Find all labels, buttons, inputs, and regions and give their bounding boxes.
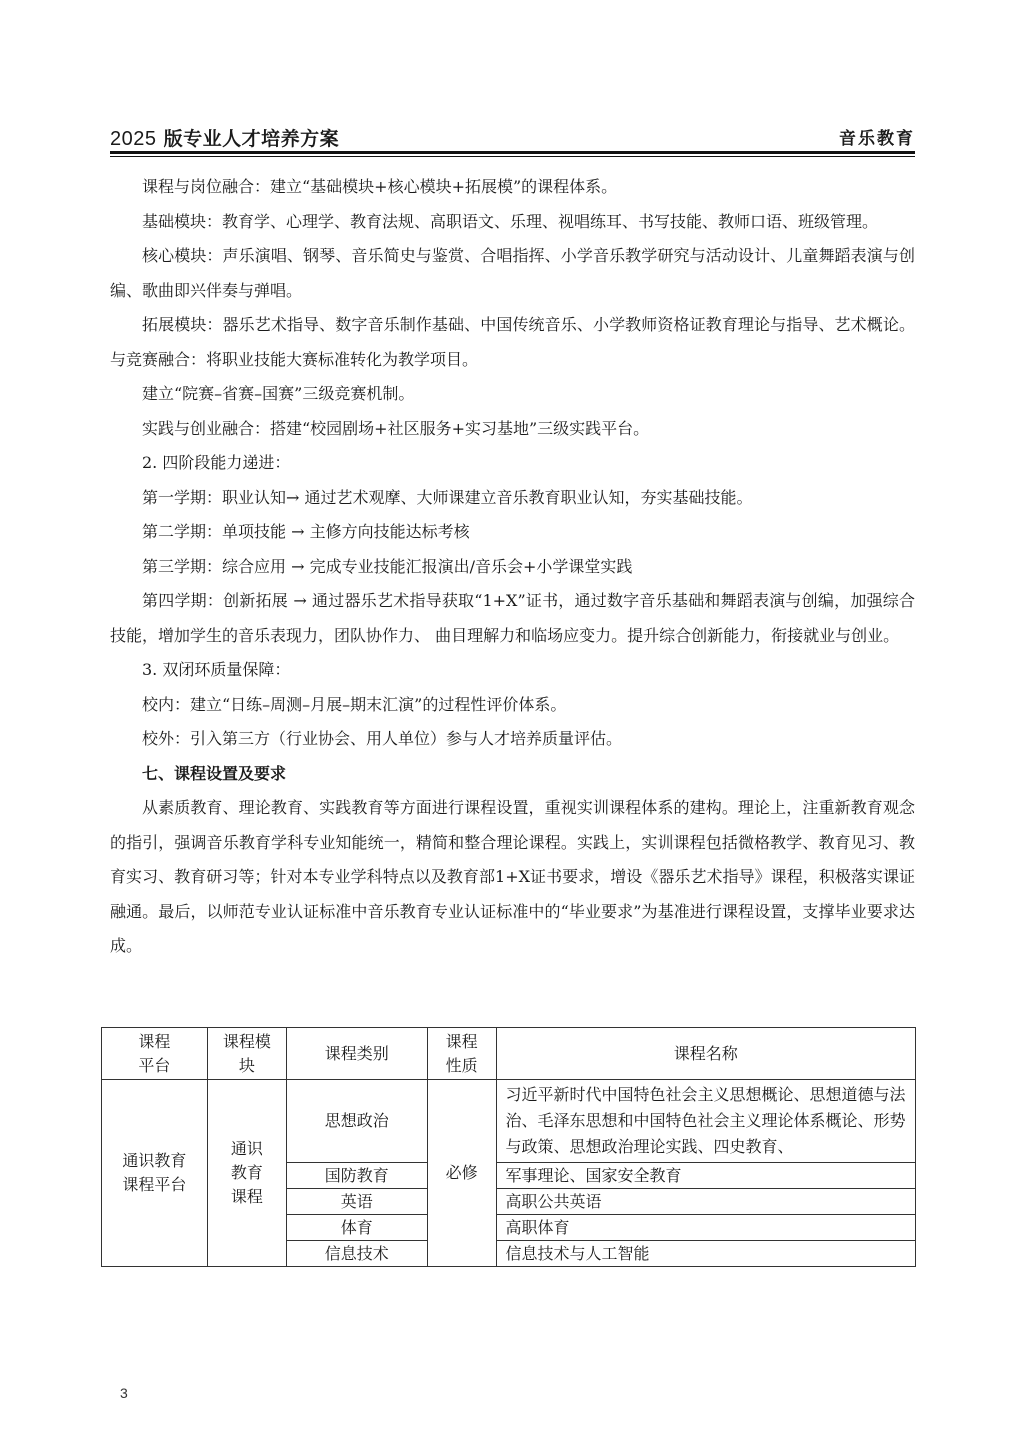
paragraph: 基础模块：教育学、心理学、教育法规、高职语文、乐理、视唱练耳、书写技能、教师口语… bbox=[110, 205, 915, 240]
cell-course-names: 习近平新时代中国特色社会主义思想概论、思想道德与法治、毛泽东思想和中国特色社会主… bbox=[496, 1080, 915, 1163]
paragraph: 第三学期：综合应用 → 完成专业技能汇报演出/音乐会+小学课堂实践 bbox=[110, 550, 915, 585]
body-text: 课程与岗位融合：建立“基础模块+核心模块+拓展模”的课程体系。 基础模块：教育学… bbox=[110, 170, 915, 964]
table-header-row: 课程平台 课程模块 课程类别 课程性质 课程名称 bbox=[102, 1028, 916, 1080]
document-page: 2025 版专业人才培养方案 音乐教育 课程与岗位融合：建立“基础模块+核心模块… bbox=[0, 0, 1024, 1448]
page-number: 3 bbox=[120, 1385, 128, 1401]
paragraph: 第一学期：职业认知→ 通过艺术观摩、大师课建立音乐教育职业认知，夯实基础技能。 bbox=[110, 481, 915, 516]
cell-course-names: 高职体育 bbox=[496, 1215, 915, 1241]
paragraph: 课程与岗位融合：建立“基础模块+核心模块+拓展模”的课程体系。 bbox=[110, 170, 915, 205]
list-heading: 2. 四阶段能力递进： bbox=[110, 446, 915, 481]
table-row: 通识教育课程平台 通识教育课程 思想政治 必修 习近平新时代中国特色社会主义思想… bbox=[102, 1080, 916, 1163]
paragraph: 校外：引入第三方（行业协会、用人单位）参与人才培养质量评估。 bbox=[110, 722, 915, 757]
cell-course-names: 军事理论、国家安全教育 bbox=[496, 1163, 915, 1189]
section-name: 音乐教育 bbox=[839, 124, 915, 149]
section-heading: 七、课程设置及要求 bbox=[110, 757, 915, 792]
cell-platform: 通识教育课程平台 bbox=[102, 1080, 208, 1267]
header-rule-thick bbox=[110, 151, 915, 154]
header-module: 课程模块 bbox=[207, 1028, 286, 1080]
header-nature: 课程性质 bbox=[427, 1028, 496, 1080]
header-course-name: 课程名称 bbox=[496, 1028, 915, 1080]
cell-course-names: 信息技术与人工智能 bbox=[496, 1241, 915, 1267]
paragraph: 实践与创业融合：搭建“校园剧场+社区服务+实习基地”三级实践平台。 bbox=[110, 412, 915, 447]
document-title: 2025 版专业人才培养方案 bbox=[110, 124, 339, 151]
cell-category: 思想政治 bbox=[286, 1080, 427, 1163]
header-category: 课程类别 bbox=[286, 1028, 427, 1080]
header-platform: 课程平台 bbox=[102, 1028, 208, 1080]
paragraph: 从素质教育、理论教育、实践教育等方面进行课程设置，重视实训课程体系的建构。理论上… bbox=[110, 791, 915, 964]
paragraph: 第四学期：创新拓展 → 通过器乐艺术指导获取“1+X”证书，通过数字音乐基础和舞… bbox=[110, 584, 915, 653]
header-rule-thin bbox=[110, 156, 915, 157]
cell-category: 英语 bbox=[286, 1189, 427, 1215]
document-title-text: 版专业人才培养方案 bbox=[164, 128, 340, 150]
paragraph: 核心模块：声乐演唱、钢琴、音乐简史与鉴赏、合唱指挥、小学音乐教学研究与活动设计、… bbox=[110, 239, 915, 308]
paragraph: 拓展模块：器乐艺术指导、数字音乐制作基础、中国传统音乐、小学教师资格证教育理论与… bbox=[110, 308, 915, 377]
cell-category: 国防教育 bbox=[286, 1163, 427, 1189]
cell-course-names: 高职公共英语 bbox=[496, 1189, 915, 1215]
paragraph: 校内：建立“日练–周测–月展–期末汇演”的过程性评价体系。 bbox=[110, 688, 915, 723]
paragraph: 建立“院赛–省赛–国赛”三级竞赛机制。 bbox=[110, 377, 915, 412]
cell-module: 通识教育课程 bbox=[207, 1080, 286, 1267]
list-heading: 3. 双闭环质量保障： bbox=[110, 653, 915, 688]
document-year: 2025 bbox=[110, 128, 157, 150]
cell-category: 体育 bbox=[286, 1215, 427, 1241]
paragraph: 第二学期：单项技能 → 主修方向技能达标考核 bbox=[110, 515, 915, 550]
cell-nature: 必修 bbox=[427, 1080, 496, 1267]
course-table: 课程平台 课程模块 课程类别 课程性质 课程名称 通识教育课程平台 通识教育课程… bbox=[101, 1027, 916, 1267]
running-header: 2025 版专业人才培养方案 音乐教育 bbox=[110, 124, 915, 150]
cell-category: 信息技术 bbox=[286, 1241, 427, 1267]
